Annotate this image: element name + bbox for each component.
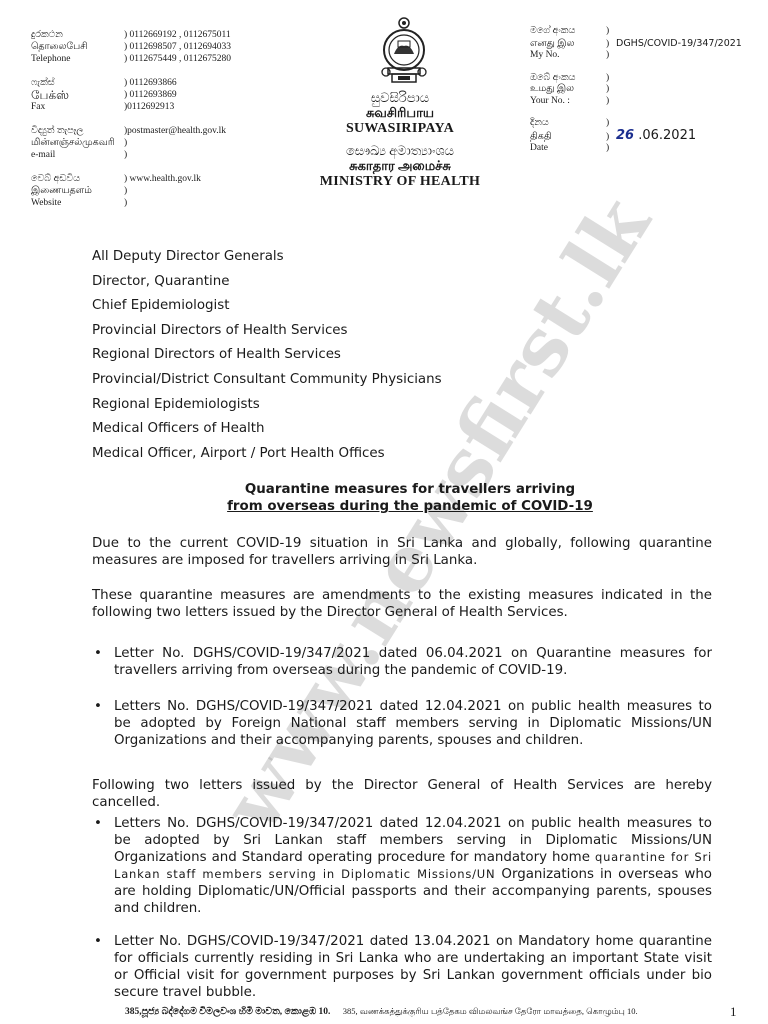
amended-letter-item: Letters No. DGHS/COVID-19/347/2021 dated… [92,698,712,749]
label-en: Fax [31,101,124,113]
sri-lanka-emblem-icon [374,14,434,84]
fax-group: ෆැක්ස්) 0112693866 பேக்ஸ்) 0112693869 Fa… [31,77,231,113]
my-no-group: මගේ අංකය) எனது இல)DGHS/COVID-19/347/2021… [530,26,742,62]
label-ta: தொலைபேசி [31,41,124,53]
date-group: දිනය) திகதி)26 .06.2021 Date) [530,118,742,155]
page-number: 1 [730,1004,737,1020]
title-line-2: from overseas during the pandemic of COV… [80,498,740,515]
telephone-group: දුරකථන) 0112669192 , 0112675011 தொலைபேசி… [31,29,231,65]
fax-value: ) 0112693869 [124,89,177,101]
website-value: ) [124,185,127,197]
recipient: Medical Officers of Health [92,417,442,442]
ministry-name-english: SUWASIRIPAYA [280,120,520,137]
label-si: වෙබ් අඩවිය [31,173,124,185]
recipient: Regional Directors of Health Services [92,343,442,368]
label-si: දුරකථන [31,29,124,41]
footer-address-tamil: 385, வணக்கத்துக்குரிய பத்தேகம விமலவங்ச த… [343,1006,638,1016]
label-si: ඔබේ අංකය [530,73,606,85]
label-ta: எனது இல [530,39,606,51]
cancelled-intro-paragraph: Following two letters issued by the Dire… [92,777,712,811]
ministry-name-tamil: சுவசிரிபாய [280,105,520,120]
amended-letter-item: Letter No. DGHS/COVID-19/347/2021 dated … [92,645,712,679]
amendments-intro-paragraph: These quarantine measures are amendments… [92,587,712,621]
my-no-value: DGHS/COVID-19/347/2021 [616,38,742,50]
email-value: ) [124,137,127,149]
label-en: Your No. : [530,96,606,108]
telephone-value: ) 0112698507 , 0112694033 [124,41,231,53]
label-ta: பேக்ஸ் [31,89,124,101]
fax-value: ) 0112693866 [124,77,177,89]
recipient: Provincial Directors of Health Services [92,319,442,344]
website-group: වෙබ් අඩවිය) www.health.gov.lk இணையதளம்) … [31,173,231,209]
label-si: දිනය [530,118,606,130]
email-link[interactable]: )postmaster@health.gov.lk [124,125,226,137]
ministry-name-sinhala: සුවසිරිපාය [280,90,520,105]
label-ta: இணையதளம் [31,185,124,197]
date-day-handwritten: 26 [616,128,634,143]
recipient: Medical Officer, Airport / Port Health O… [92,442,442,467]
label-en: e-mail [31,149,124,161]
recipients-list: All Deputy Director Generals Director, Q… [92,245,442,466]
label-en: My No. [530,50,606,62]
ministry-tamil: சுகாதார அமைச்சு [280,158,520,173]
ministry-heading: සුවසිරිපාය சுவசிரிபாய SUWASIRIPAYA සෞඛ්‍… [280,90,520,190]
cancelled-letter-item: Letters No. DGHS/COVID-19/347/2021 dated… [92,815,712,917]
ministry-english: MINISTRY OF HEALTH [280,173,520,190]
recipient: Provincial/District Consultant Community… [92,368,442,393]
label-en: Date [530,143,606,155]
label-si: විද්‍යුත් තැපෑල [31,125,124,137]
date-value: 26 .06.2021 [616,130,696,142]
label-en: Telephone [31,53,124,65]
label-ta: உமது இல [530,84,606,96]
reference-block: මගේ අංකය) எனது இல)DGHS/COVID-19/347/2021… [530,26,742,166]
document-title: Quarantine measures for travellers arriv… [80,481,740,515]
date-month-year: .06.2021 [634,128,696,143]
footer-address-sinhala: 385,පූජ්‍ය බද්දේගම විමලවංශ හිමි මාවත, කො… [125,1007,330,1017]
title-line-1: Quarantine measures for travellers arriv… [80,481,740,498]
recipient: All Deputy Director Generals [92,245,442,270]
recipient: Director, Quarantine [92,270,442,295]
telephone-value: ) 0112675449 , 0112675280 [124,53,231,65]
contact-block: දුරකථන) 0112669192 , 0112675011 தொலைபேசி… [31,29,231,221]
email-value: ) [124,149,127,161]
intro-paragraph: Due to the current COVID-19 situation in… [92,535,712,569]
recipient: Chief Epidemiologist [92,294,442,319]
recipient: Regional Epidemiologists [92,393,442,418]
cancelled-letter-item: Letter No. DGHS/COVID-19/347/2021 dated … [92,933,712,1001]
label-ta: மின்னஞ்சல்முகவரி [31,137,124,149]
your-no-group: ඔබේ අංකය) உமது இல) Your No. :) [530,73,742,108]
telephone-value: ) 0112669192 , 0112675011 [124,29,231,41]
label-si: මගේ අංකය [530,26,606,38]
website-value: ) [124,197,127,209]
label-ta: திகதி [530,132,606,144]
website-link[interactable]: ) www.health.gov.lk [124,173,201,185]
fax-value: )0112692913 [124,101,174,113]
footer-address: 385,පූජ්‍ය බද්දේගම විමලවංශ හිමි මාවත, කො… [125,1006,638,1018]
ministry-sinhala: සෞඛ්‍ය අමාත්‍යාංශය [280,143,520,158]
label-en: Website [31,197,124,209]
email-group: විද්‍යුත් තැපෑල)postmaster@health.gov.lk… [31,125,231,161]
